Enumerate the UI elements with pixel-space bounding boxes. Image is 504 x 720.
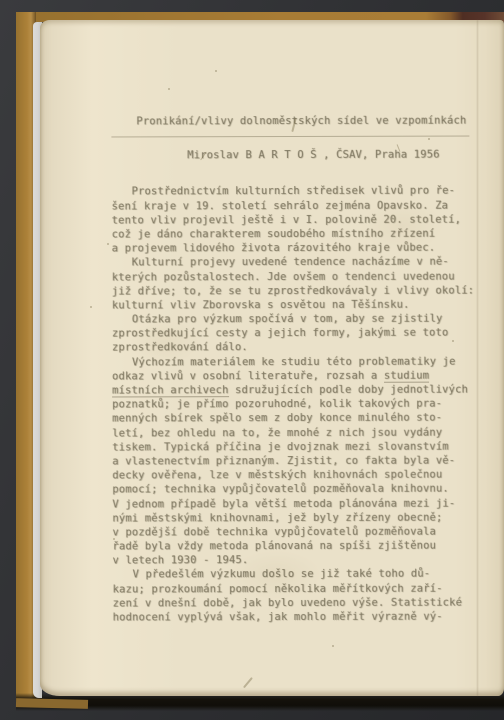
ghost-text-line: již dříve; to, že se tu zprostředkovával… <box>112 283 470 298</box>
paragraph-5: V předešlém výzkumu došlo se již také to… <box>113 567 471 625</box>
author-line: Miroslav B A R T O Š , ČSAV, Praha 1956 <box>111 148 469 163</box>
paper-speck <box>332 645 334 647</box>
paper-speck <box>168 88 170 90</box>
ghost-text-line: poznatků; je přímo pozoruhodné, kolik ta… <box>112 397 470 412</box>
paper-speck <box>428 138 430 140</box>
ghost-text-line: decky ověřena, lze v městských knihovnác… <box>112 468 470 483</box>
ghost-text-line: kulturní vliv Zborovska s osvětou na Těš… <box>112 297 470 312</box>
paper-speck <box>140 420 142 422</box>
ghost-text-line: kterých pozůstalostech. Jde ovšem o tend… <box>112 269 470 284</box>
paragraph-1: Prostřednictvím kulturních středisek vli… <box>112 184 470 256</box>
ghost-text-line: a vlastenectvím přiznaným. Zjistit, co f… <box>112 453 470 468</box>
ghost-text-line: Otázka pro výzkum spočívá v tom, aby se … <box>112 312 470 327</box>
ghost-text-line: tiskem. Typická příčina je dvojznak mezi… <box>112 439 470 454</box>
ghost-text-underlined: studium <box>384 369 429 382</box>
paper-speck <box>107 243 109 245</box>
ghost-text-segment: odkaz vlivů v osobní literatuře, rozsah … <box>112 370 384 383</box>
ghost-text-line: kazu; prozkoumání pomocí několika měřítk… <box>113 581 471 596</box>
ghost-text-line: což je dáno charakterem soudobého místní… <box>112 227 470 242</box>
ghost-text-block: Pronikání/vlivy dolnoměstských sídel ve … <box>111 114 470 625</box>
ghost-text-line: místních archivech sdružujících podle do… <box>112 383 470 398</box>
ghost-text-line: v letech 1930 - 1945. <box>112 553 470 568</box>
ghost-text-line: nými městskými knihovnami, jež byly zříz… <box>112 510 470 525</box>
book-cover-bottom-edge <box>16 698 88 709</box>
ghost-text-line: menných sbírek spělo sem z doby konce mi… <box>112 411 470 426</box>
ghost-text-line: pomocí; technika vypůjčovatelů pozměňova… <box>112 482 470 497</box>
ghost-text-line: Prostřednictvím kulturních středisek vli… <box>112 184 470 199</box>
paper-speck <box>113 538 115 540</box>
ghost-text-line: Výchozím materiálem ke studiu této probl… <box>112 354 470 369</box>
ghost-text-line: V jednom případě byla větší metoda pláno… <box>112 496 470 511</box>
paper-speck <box>215 70 217 72</box>
paper-speck <box>90 306 92 308</box>
ghost-text-line: V předešlém výzkumu došlo se již také to… <box>113 567 471 582</box>
paragraph-2: Kulturní projevy uvedené tendence nacház… <box>112 255 470 313</box>
ghost-text-line: zprostředkující cesty a jejich formy, ja… <box>112 326 470 341</box>
book-page: Pronikání/vlivy dolnoměstských sídel ve … <box>40 20 504 696</box>
ghost-text-line: hodnocení vyplývá však, jak mohlo měřit … <box>113 610 471 625</box>
ghost-text-line: zprostředkování dálo. <box>112 340 470 355</box>
page-fold-shadow <box>477 20 478 696</box>
ghost-text-line: tento vliv projevil ještě i v I. polovin… <box>112 212 470 227</box>
ghost-text-line: odkaz vlivů v osobní literatuře, rozsah … <box>112 368 470 383</box>
ghost-text-line: zení v dnešní době, jak bylo uvedeno výš… <box>113 595 471 610</box>
paper-speck <box>452 340 454 342</box>
paragraph-4: Výchozím materiálem ke studiu této probl… <box>112 354 471 568</box>
ghost-text-line: v pozdější době technika vypůjčovatelů p… <box>112 524 470 539</box>
ghost-text-line: a projevem lidového života rázovitého kr… <box>112 241 470 256</box>
paragraph-3: Otázka pro výzkum spočívá v tom, aby se … <box>112 312 470 355</box>
ghost-text-segment: sdružujících podle doby jednotlivých <box>229 384 468 397</box>
title-underline: Pronikání/vlivy dolnoměstských sídel ve … <box>111 114 469 138</box>
paper-speck <box>357 505 359 507</box>
ghost-text-line: letí, bez ohledu na to, že mnohé z nich … <box>112 425 470 440</box>
ghost-text-line: řadě byla vždy metoda plánovaná na spíši… <box>112 539 470 554</box>
ghost-text-line: šení kraje v 19. století sehrálo zejména… <box>112 198 470 213</box>
ghost-text-underlined: místních archivech <box>112 384 229 397</box>
ghost-text-line: Kulturní projevy uvedené tendence nacház… <box>112 255 470 270</box>
document-title: Pronikání/vlivy dolnoměstských sídel ve … <box>136 115 466 128</box>
